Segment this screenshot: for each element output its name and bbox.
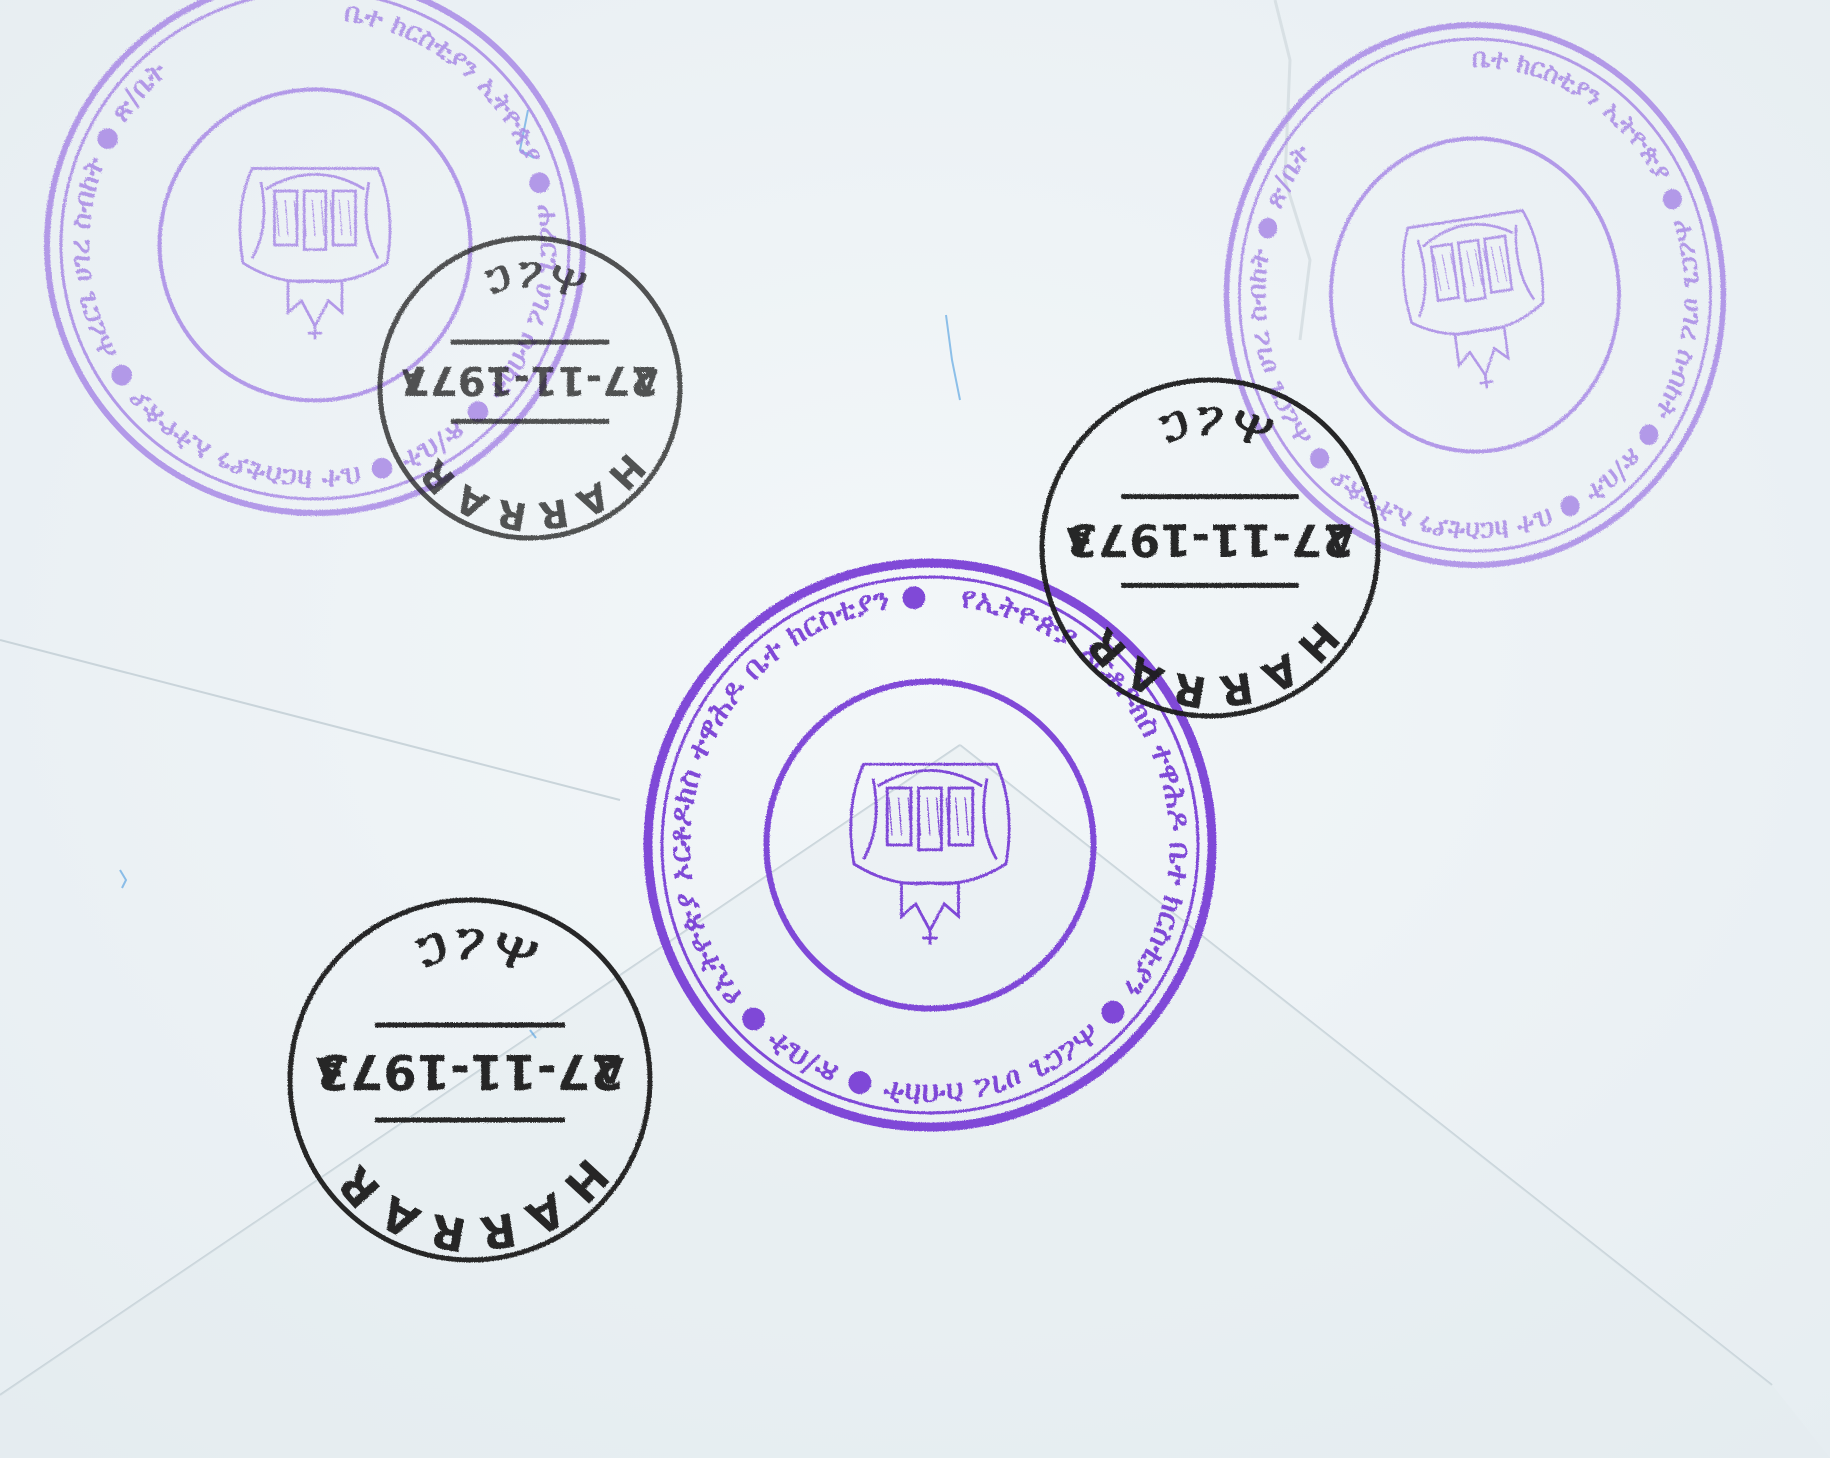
postmark-side-mark: A <box>1066 519 1092 558</box>
postmark-date: 27-11-1973 <box>1067 514 1354 567</box>
postmark-date: 27-11-1973 <box>316 1043 623 1099</box>
envelope-back-scan: ቤተ ክርስቲያን ኢትዮጵያ ● ሐረርጌ ሀገረ ስብከት ● ጽ/ቤት ●… <box>0 0 1830 1458</box>
postmark-side-mark: A <box>316 1049 344 1090</box>
postmark-side-mark: A <box>1328 519 1354 558</box>
postmark-side-mark: A <box>401 362 425 397</box>
postmark-side-mark: A <box>634 362 658 397</box>
postmark-date: 27-11-1977 <box>402 357 658 403</box>
postmark-side-mark: A <box>596 1049 624 1090</box>
